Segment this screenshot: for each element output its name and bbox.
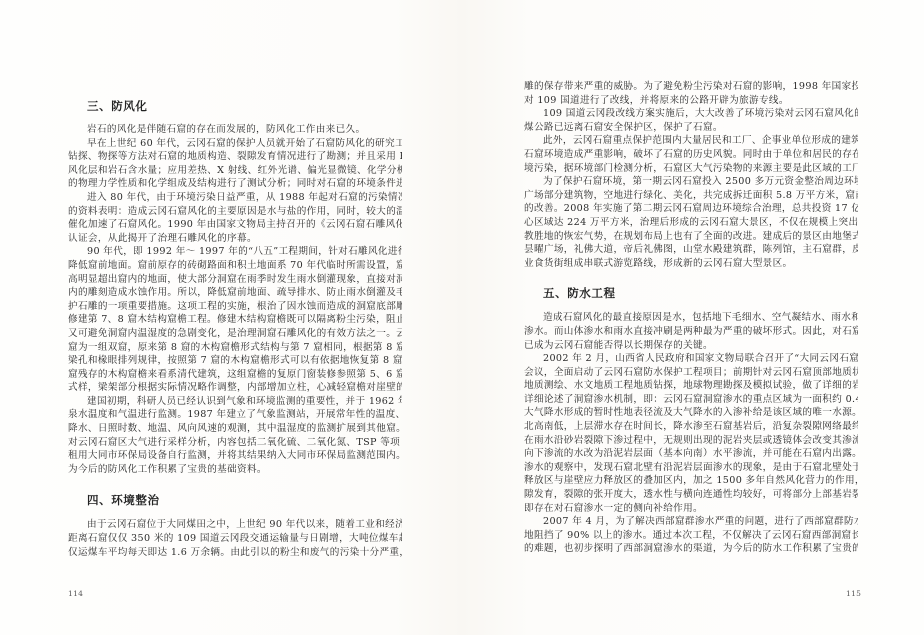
page-number-right: 115 <box>846 589 861 598</box>
paragraph-line: 境污染，据环境部门检测分析，石窟区大气污染物的来源主要是此区域的工厂和居民燃煤。 <box>524 162 858 176</box>
paragraph-line: 早在上世纪 60 年代，云冈石窟的保护人员就开始了石窟防风化的研究工作。先后采用 <box>68 137 402 151</box>
paragraph-line: 式样，梁架部分根据实际情况略作调整，内部增加立柱，心减轻窟檐对崖壁的压力。 <box>68 381 402 395</box>
paragraph-line: 租用大同市环保局设备自行监测，并将其结果纳入大同市环保局监测范围内。这些监测工作 <box>68 449 402 463</box>
paragraph-line: 的物理力学性质和化学组成及结构进行了测试分析；同时对石窟的环境条件进行了观测。 <box>68 177 402 191</box>
paragraph-line: 风化层和岩石含水量；应用差热、X 射线、红外光谱、偏光显微镜、化学分析等手段对岩… <box>68 164 402 178</box>
paragraph-line: 昙曜广场，礼佛大道，帝后礼佛图，山堂水殿建筑群，陈列馆，主石窟群，皮影戏中心，商 <box>524 243 858 257</box>
paragraph-line: 造成石窟风化的最直接原因是水，包括地下毛细水、空气凝结水、雨水和石窟后壁山体 <box>524 311 858 325</box>
paragraph-line: 会议，全面启动了云冈石窟防水保护工程项目；前期针对云冈石窟顶部地质状况进行了水文 <box>524 366 858 380</box>
paragraph-line: 渗水。而山体渗水和雨水直接冲刷是两种最为严重的破坏形式。因此，对石窟实施防水工程 <box>524 325 858 339</box>
paragraph-line: 钻探、物探等方法对石窟的地质构造、裂隙发育情况进行了勘测；并且采用 B 散射探测… <box>68 150 402 164</box>
paragraph-line: 降低窟前地面。窟前原存的砖砌路面和积土地面系 70 年代临时所需设置，窟外地面道… <box>68 259 402 273</box>
paragraph-line: 煤公路已远离石窟安全保护区，保护了石窟。 <box>524 121 858 135</box>
paragraph-line: 详细论述了洞窟渗水机制，即：云冈石窟洞窟渗水的重点区域为一面积约 0.4 平方公… <box>524 393 858 407</box>
paragraph-line: 广场部分建筑物，空地进行绿化、美化，共完成拆迁面积 5.8 万平方米，窟前环境得… <box>524 189 858 203</box>
paragraph-line: 的改善。2008 年实施了第二期云冈石窟周边环境综合治理，总共投资 17 亿元，… <box>524 202 858 216</box>
paragraph-line: 大气降水形成的暂时性地表径流及大气降水的入渗补给是该区域的唯一水源。由于窟顶地形 <box>524 406 858 420</box>
paragraph-line: 即存在对石窟渗水一定的侧向补给作用。 <box>524 502 858 516</box>
paragraph-line: 2002 年 2 月，山西省人民政府和国家文物局联合召开了“大同云冈石窟防渗保护… <box>524 352 858 366</box>
paragraph-line: 仅运煤车平均每天即达 1.6 万余辆。由此引以的粉尘和废气的污染十分严重，给云冈… <box>68 546 402 560</box>
paragraph-line: 109 国道云冈段改线方案实施后，大大改善了环境污染对云冈石窟风化的影响，此段运 <box>524 107 858 121</box>
paragraph-line: 雕的保存带来严重的威胁。为了避免粉尘污染对石窟的影响，1998 年国家投入 1.… <box>524 80 858 94</box>
paragraph-line: 地质测绘、水文地质工程地质钻探，地球物理勘探及模拟试验，做了详细的岩土工程勘察报… <box>524 379 858 393</box>
paragraph-line: 窟为一组双窟，原来第 8 窟的木构窟檐形式结构与第 7 窟相同，根据第 8 窟崖… <box>68 341 402 355</box>
paragraph-line: 90 年代，即 1992 年～ 1997 年的“八五”工程期间，针对石雕风化进行… <box>68 245 402 259</box>
section-heading-environment-remediation: 四、环境整治 <box>68 492 402 508</box>
paragraph-line: 又可避免洞窟内温湿度的急剧变化，是治理洞窟石雕风化的有效方法之一。云冈石窟第 7… <box>68 327 402 341</box>
paragraph-line: 北高南低，上层滞水存在时间长，降水渗至石窟基岩后，沿复杂裂隙网络最终渗入石窟。而 <box>524 420 858 434</box>
paragraph-line: 渗水的观察中，发现石窟北壁有沿泥岩层面渗水的现象，是由于石窟北壁处于石窟开挖应力 <box>524 461 858 475</box>
page-number-left: 114 <box>68 589 83 598</box>
section-heading-waterproofing: 五、防水工程 <box>524 285 858 301</box>
paragraph-line: 修建第 7、8 窟木结构窟檐工程。修建木结构窟檐既可以隔离粉尘污染，阻止酸雨的直… <box>68 313 402 327</box>
paragraph-line: 心区域达 224 万平方米，治理后形成的云冈石窟大景区，不仅在规模上突出了皇家园… <box>524 216 858 230</box>
paragraph-line: 梁孔和椽眼排列规律，按照第 7 窟的木构窟檐形式可以有依据地恢复第 8 窟的窟檐… <box>68 354 402 368</box>
paragraph-line: 认证会，从此揭开了治理石雕风化的序幕。 <box>68 232 402 246</box>
paragraph-line: 催化加速了石窟风化。1990 年由国家文物局主持召开的《云冈石窟石雕风化治理规划… <box>68 218 402 232</box>
paragraph-line: 建国初期，科研人员已经认识到气象和环境监测的重要性，并于 1962 年开始对第 … <box>68 395 402 409</box>
paragraph-line: 降水、日照时数、地温、风向风速的观测，其中温湿度的监测扩展到其他窟。从 1988… <box>68 422 402 436</box>
paragraph-line: 岩石的风化是伴随石窟的存在而发展的，防风化工作由来已久。 <box>68 123 402 137</box>
paragraph-line: 此外，云冈石窟重点保护范围内大量居民和工厂、企事业单位形成的建筑物、构筑物对 <box>524 134 858 148</box>
paragraph-line: 业食货街组成串联式游览路线，形成新的云冈石窟大型景区。 <box>524 257 858 271</box>
paragraph-line: 护石雕的一项重要措施。这项工程的实施，根治了因水蚀而造成的洞窟底部雕刻的风化。(… <box>68 300 402 314</box>
section-heading-anti-weathering: 三、防风化 <box>68 98 402 114</box>
paragraph-line: 进入 80 年代，由于环境污染日益严重，从 1988 年起对石窟的污染情况开始监… <box>68 191 402 205</box>
paragraph-line: 隙发育，裂隙的张开度大，透水性与横向连通性均较好，可将部分上部基岩裂隙带水导入石… <box>524 488 858 502</box>
paragraph-line: 对云冈石窟区大气进行采样分析，内容包括二氧化硫、二氧化氮、TSP 等项目。从 2… <box>68 436 402 450</box>
paragraph-line: 在雨水沿砂岩裂隙下渗过程中，无规则出现的泥岩夹层或透镜体会改变其渗流方向，使原本 <box>524 434 858 448</box>
paragraph-line: 内的雕刻造成水蚀作用。所以，降低窟前地面、疏导排水、防止雨水倒灌及毛细水上升是保 <box>68 286 402 300</box>
paragraph-line: 为今后的防风化工作积累了宝贵的基础资料。 <box>68 463 402 477</box>
paragraph-line: 已成为云冈石窟能否得以长期保存的关键。 <box>524 339 858 353</box>
paragraph-line: 的难题，也初步探明了西部洞窟渗水的渠道，为今后的防水工作积累了宝贵的经验。 <box>524 542 858 556</box>
paragraph-line: 窟残存的木构窟檐来看系清代建筑，这组窟檐的复原门窗装修参照第 5、6 窟顺治八年… <box>68 368 402 382</box>
paragraph-line: 地阻挡了 90% 以上的渗水。通过本次工程，不仅解决了云冈石窟西部洞窟长期渗水风… <box>524 529 858 543</box>
right-page-body: 雕的保存带来严重的威胁。为了避免粉尘污染对石窟的影响，1998 年国家投入 1.… <box>524 80 858 556</box>
left-page: 三、防风化 岩石的风化是伴随石窟的存在而发展的，防风化工作由来已久。 早在上世纪… <box>0 0 462 635</box>
paragraph-line: 向下渗流的水改为沿泥岩层面（基本向南）水平渗流，并可能在石窟内出露。另外，在石窟 <box>524 447 858 461</box>
paragraph-line: 的资料表明：造成云冈石窟风化的主要原因是水与盐的作用，同时，较大的温湿变化和煤尘 <box>68 205 402 219</box>
right-page: 雕的保存带来严重的威胁。为了避免粉尘污染对石窟的影响，1998 年国家投入 1.… <box>462 0 924 635</box>
paragraph-line: 石窟环境造成严重影响，破坏了石窟的历史风貌。同时由于单位和居民的存在还造成大量环 <box>524 148 858 162</box>
paragraph-line: 距离石窟仅仅 350 米的 109 国道云冈段交通运输量与日剧增，大吨位煤车超载… <box>68 532 402 546</box>
book-spread: 三、防风化 岩石的风化是伴随石窟的存在而发展的，防风化工作由来已久。 早在上世纪… <box>0 0 924 635</box>
paragraph-line: 由于云冈石窟位于大同煤田之中，上世纪 90 年代以来，随着工业和经济的迅速发展， <box>68 518 402 532</box>
paragraph-line: 对 109 国道进行了改线，并将原来的公路开辟为旅游专线。 <box>524 94 858 108</box>
paragraph-line: 释放区与崖壁应力释放区的叠加区内，加之 1500 多年自然风化营力的作用，使该区… <box>524 474 858 488</box>
left-page-body: 三、防风化 岩石的风化是伴随石窟的存在而发展的，防风化工作由来已久。 早在上世纪… <box>68 98 402 559</box>
paragraph-line: 泉水温度和气温进行监测。1987 年建立了气象监测站，开展常年性的温度、湿度、气… <box>68 408 402 422</box>
paragraph-line: 为了保护石窟环境，第一期云冈石窟投入 2500 多万元资金整治周边环境，拆除石窟… <box>524 175 858 189</box>
paragraph-line: 教胜地的恢宏气势，在规划布局上也有了全面的改进。建成后的景区由地堡式游客服务中心… <box>524 230 858 244</box>
paragraph-line: 2007 年 4 月，为了解决西部窟群渗水严重的问题，进行了西部窟群防水试验工程… <box>524 515 858 529</box>
paragraph-line: 高明显超出窟内的地面，使大部分洞窟在雨季时发生雨水倒灌现象，直接对洞窟底层两米以 <box>68 273 402 287</box>
